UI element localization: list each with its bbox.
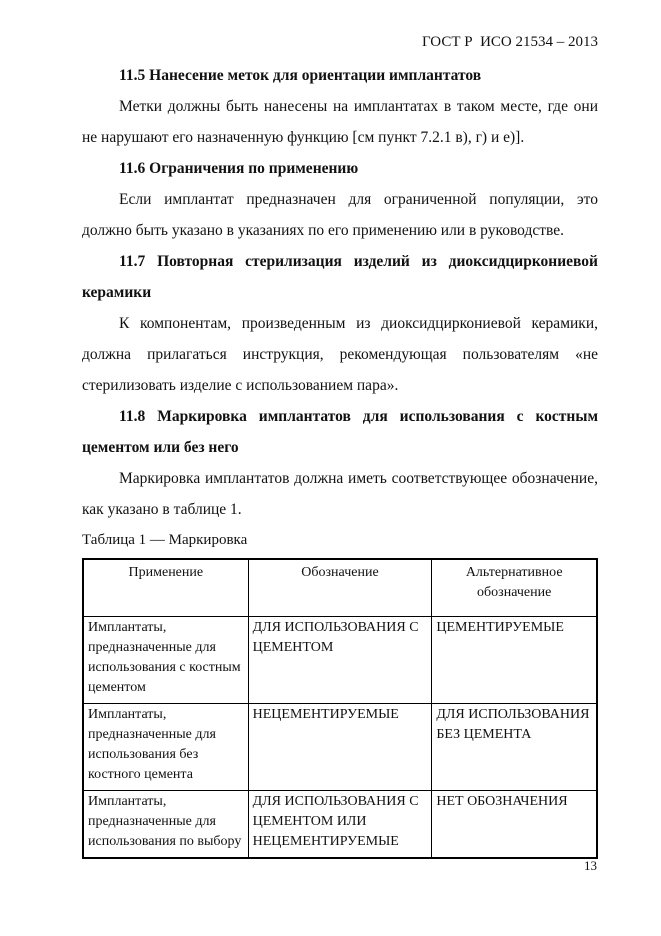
section-11-5-heading: 11.5 Нанесение меток для ориентации импл… — [82, 60, 598, 91]
table-cell-application: Имплантаты, предназначенные для использо… — [83, 791, 248, 859]
table-header-designation: Обозначение — [248, 559, 432, 617]
table-cell-application: Имплантаты, предназначенные для использо… — [83, 617, 248, 704]
table-caption: Таблица 1 — Маркировка — [82, 525, 598, 556]
table-cell-alternative: ЦЕМЕНТИРУЕМЫЕ — [432, 617, 597, 704]
document-header: ГОСТ Р ИСО 21534 – 2013 — [82, 32, 598, 52]
table-header-alternative: Альтернативное обозначение — [432, 559, 597, 617]
table-row: Имплантаты, предназначенные для использо… — [83, 704, 597, 791]
table-cell-application: Имплантаты, предназначенные для использо… — [83, 704, 248, 791]
section-11-6-heading: 11.6 Ограничения по применению — [82, 153, 598, 184]
table-header-application: Применение — [83, 559, 248, 617]
section-11-8-heading: 11.8 Маркировка имплантатов для использо… — [82, 401, 598, 463]
section-11-6: 11.6 Ограничения по применению Если импл… — [82, 153, 598, 246]
document-page: ГОСТ Р ИСО 21534 – 2013 11.5 Нанесение м… — [0, 0, 661, 936]
section-11-8-paragraph: Маркировка имплантатов должна иметь соот… — [82, 463, 598, 525]
table-header-row: Применение Обозначение Альтернативное об… — [83, 559, 597, 617]
page-number: 13 — [584, 858, 597, 874]
table-row: Имплантаты, предназначенные для использо… — [83, 791, 597, 859]
table-cell-alternative: НЕТ ОБОЗНАЧЕНИЯ — [432, 791, 597, 859]
section-11-7-heading: 11.7 Повторная стерилизация изделий из д… — [82, 246, 598, 308]
section-11-7: 11.7 Повторная стерилизация изделий из д… — [82, 246, 598, 401]
section-11-5-paragraph: Метки должны быть нанесены на имплантата… — [82, 91, 598, 153]
table-cell-designation: ДЛЯ ИСПОЛЬЗОВАНИЯ С ЦЕМЕНТОМ ИЛИ НЕЦЕМЕН… — [248, 791, 432, 859]
section-11-8: 11.8 Маркировка имплантатов для использо… — [82, 401, 598, 525]
section-11-5: 11.5 Нанесение меток для ориентации импл… — [82, 60, 598, 153]
section-11-7-paragraph: К компонентам, произведенным из диоксидц… — [82, 308, 598, 401]
table-row: Имплантаты, предназначенные для использо… — [83, 617, 597, 704]
section-11-6-paragraph: Если имплантат предназначен для ограниче… — [82, 184, 598, 246]
table-cell-alternative: ДЛЯ ИСПОЛЬЗОВАНИЯ БЕЗ ЦЕМЕНТА — [432, 704, 597, 791]
table-cell-designation: НЕЦЕМЕНТИРУЕМЫЕ — [248, 704, 432, 791]
table-cell-designation: ДЛЯ ИСПОЛЬЗОВАНИЯ С ЦЕМЕНТОМ — [248, 617, 432, 704]
marking-table: Применение Обозначение Альтернативное об… — [82, 558, 598, 859]
